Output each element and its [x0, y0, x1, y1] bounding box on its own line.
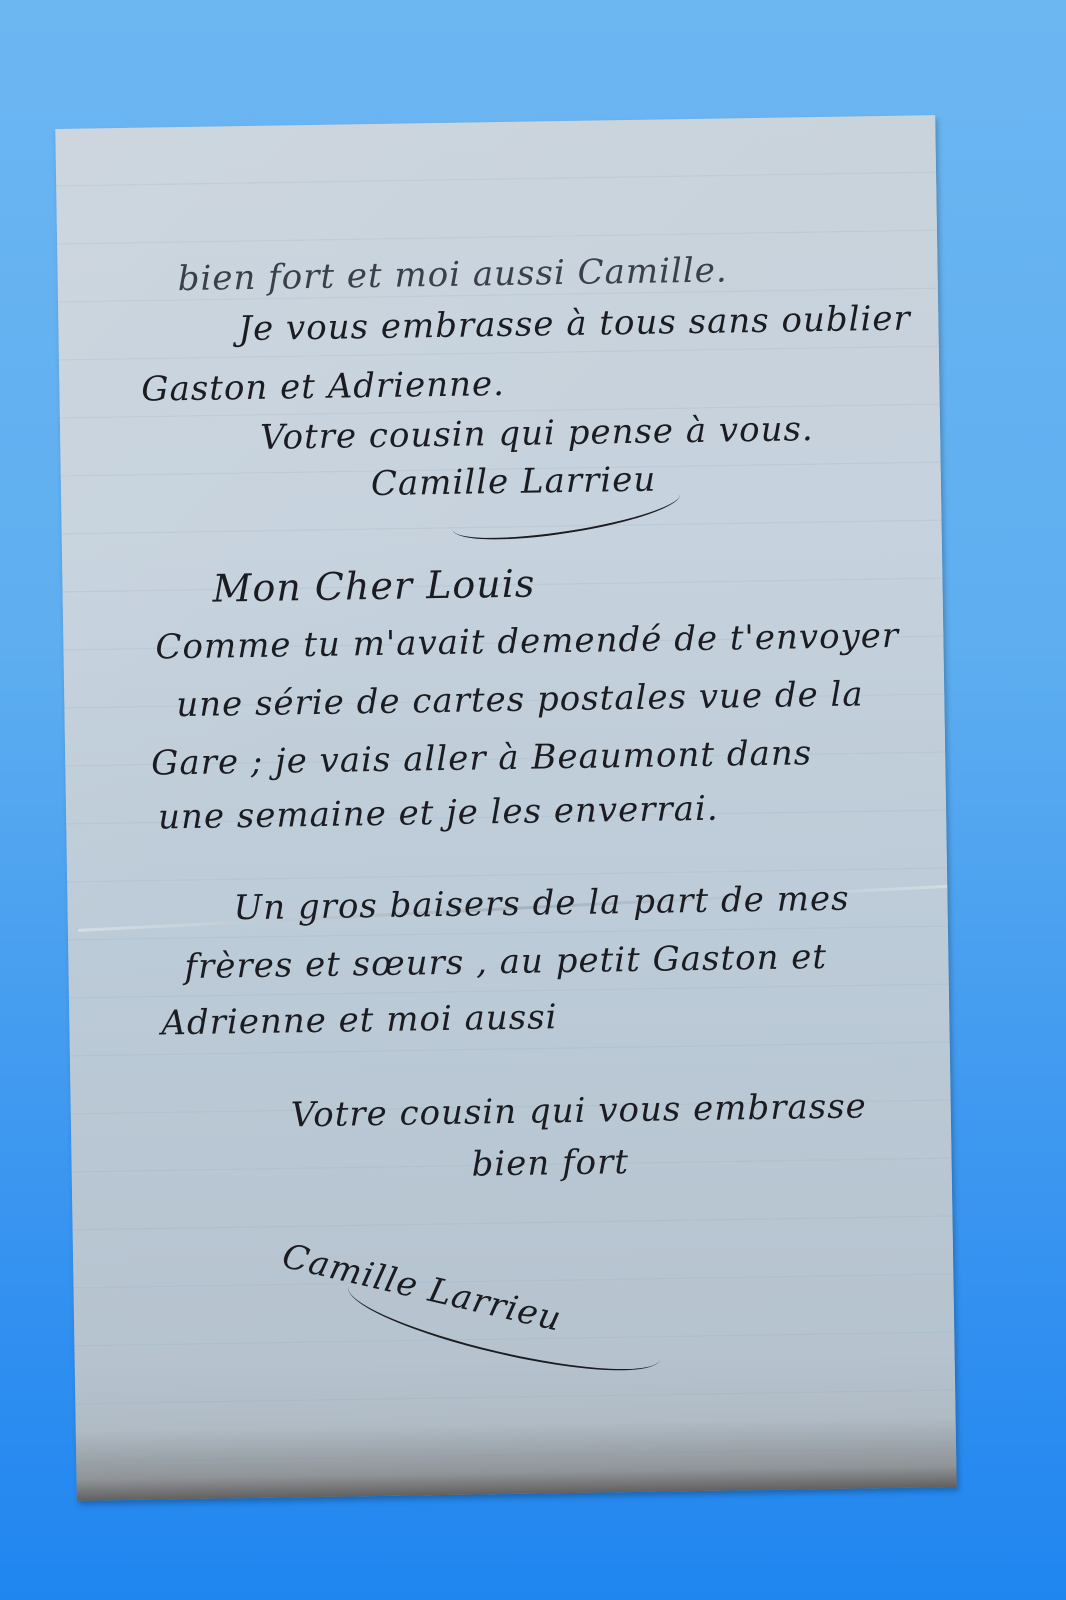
- letter-line: frères et sœurs , au petit Gaston et: [184, 937, 827, 987]
- letter-line: Comme tu m'avait demendé de t'envoyer: [155, 616, 899, 668]
- letter-line: une semaine et je les enverrai.: [158, 789, 719, 838]
- salutation: Mon Cher Louis: [212, 562, 536, 611]
- letter-line: bien fort et moi aussi Camille.: [177, 250, 728, 299]
- letter-line: Adrienne et moi aussi: [161, 997, 558, 1043]
- closing-line: Votre cousin qui pense à vous.: [260, 409, 814, 458]
- handwritten-letter-page: bien fort et moi aussi Camille. Je vous …: [55, 115, 956, 1501]
- letter-line: une série de cartes postales vue de la: [176, 674, 864, 725]
- letter-line: Je vous embrasse à tous sans oublier: [238, 299, 911, 350]
- closing-line: Votre cousin qui vous embrasse: [290, 1086, 867, 1135]
- letter-line: Gaston et Adrienne.: [141, 364, 505, 410]
- signature-flourish: [341, 1257, 667, 1390]
- letter-line: Un gros baisers de la part de mes: [233, 879, 850, 929]
- closing-line: bien fort: [471, 1142, 629, 1184]
- letter-line: Gare ; je vais aller à Beaumont dans: [151, 733, 813, 783]
